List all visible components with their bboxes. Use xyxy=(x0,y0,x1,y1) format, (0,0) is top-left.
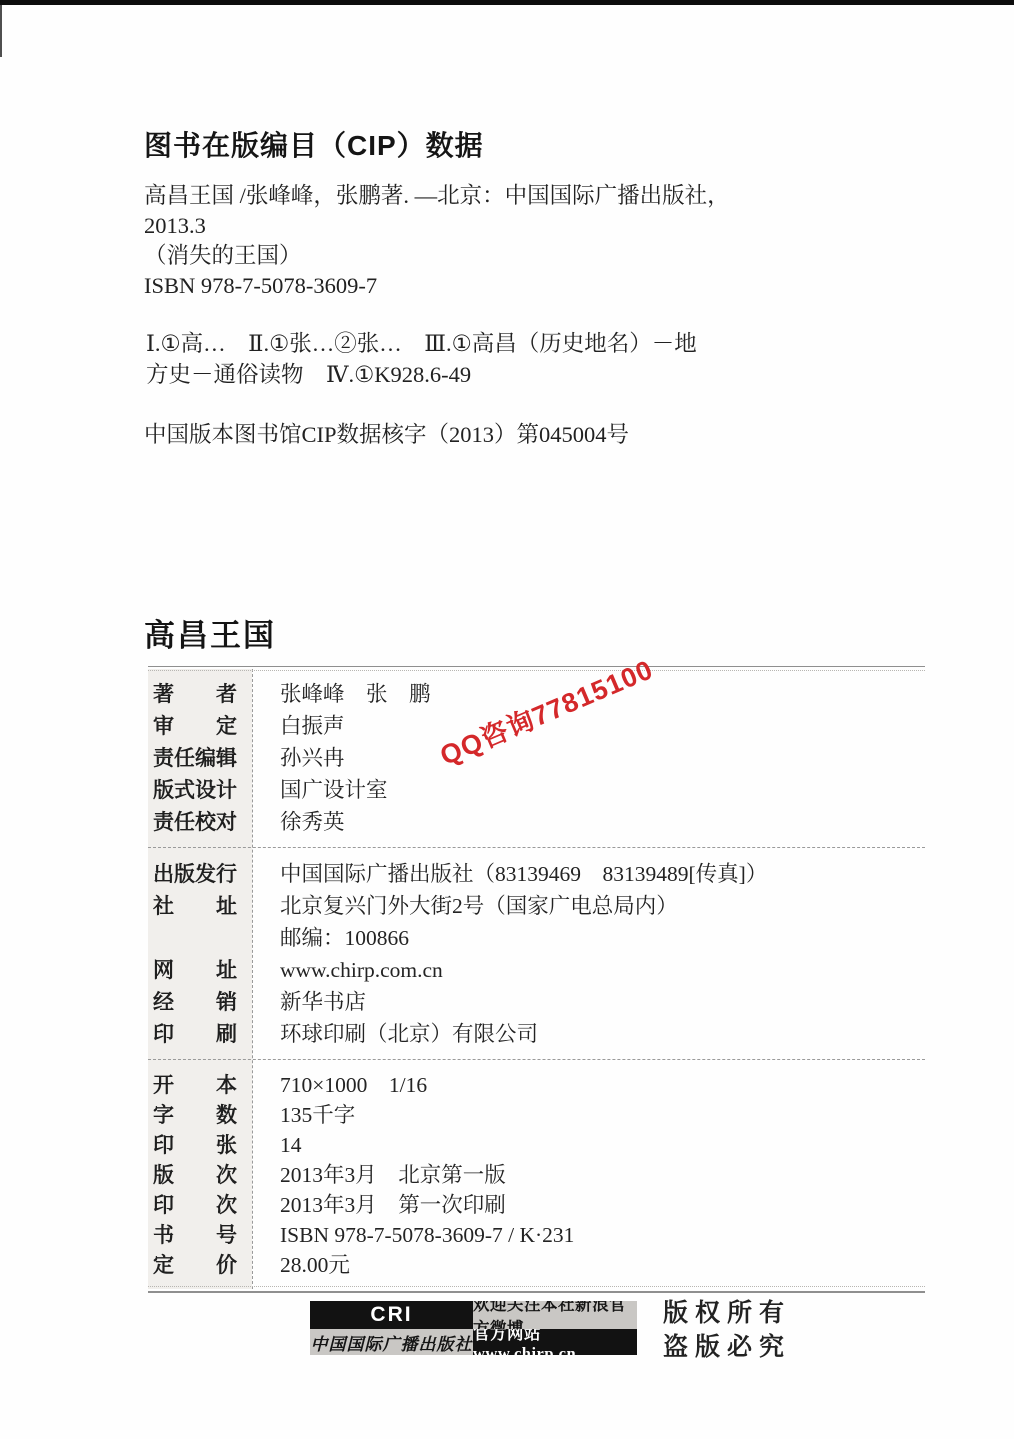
colophon-row-label: 定 价 xyxy=(153,1251,241,1281)
book-copyright-page: 图书在版编目（CIP）数据 高昌王国 /张峰峰，张鹏著. —北京：中国国际广播出… xyxy=(0,0,1014,1439)
publisher-logo-block: CRI 欢迎关注本社新浪官方微博 中国国际广播出版社 官方网站 www.chir… xyxy=(310,1301,637,1355)
colophon-row-value: 北京复兴门外大街2号（国家广电总局内） xyxy=(280,890,678,922)
colophon-row: 版 次 2013年3月 北京第一版 xyxy=(148,1160,925,1190)
colophon-row: 邮编：100866 xyxy=(148,922,925,954)
colophon-row-value: 环球印刷（北京）有限公司 xyxy=(280,1018,538,1050)
colophon-row-label: 社 址 xyxy=(153,891,241,923)
colophon-row-value: 2013年3月 北京第一版 xyxy=(280,1160,506,1190)
cip-classification: Ⅰ.①高… Ⅱ.①张…②张… Ⅲ.①高昌（历史地名）－地 方史－通俗读物 Ⅳ.①… xyxy=(146,328,866,390)
colophon-row: 责任编辑 孙兴冉 xyxy=(148,742,925,774)
colophon-row-label: 网 址 xyxy=(153,955,241,987)
colophon-row-value: 135千字 xyxy=(280,1100,355,1130)
colophon-row: 印 次 2013年3月 第一次印刷 xyxy=(148,1190,925,1220)
colophon-printing-group: 开 本 710×1000 1/16 字 数 135千字 印 张 14 版 次 2… xyxy=(148,1063,925,1286)
colophon-row-label: 印 刷 xyxy=(153,1019,241,1051)
colophon-row-label: 责任编辑 xyxy=(153,743,241,775)
copyright-line: 盗版必究 xyxy=(663,1330,791,1364)
colophon-row: 印 张 14 xyxy=(148,1130,925,1160)
colophon-row: 版式设计 国广设计室 xyxy=(148,774,925,806)
colophon-row: 经 销 新华书店 xyxy=(148,986,925,1018)
colophon-row-label: 字 数 xyxy=(153,1101,241,1131)
cip-classification-line: Ⅰ.①高… Ⅱ.①张…②张… Ⅲ.①高昌（历史地名）－地 xyxy=(146,328,866,359)
cip-record-line: 高昌王国 /张峰峰，张鹏著. —北京：中国国际广播出版社， xyxy=(144,181,864,211)
colophon-table: 著 者 张峰峰 张 鹏 审 定 白振声 责任编辑 孙兴冉 版式设计 国广设计室 … xyxy=(148,666,925,1293)
cip-classification-line: 方史－通俗读物 Ⅳ.①K928.6-49 xyxy=(146,359,866,390)
scan-edge-left xyxy=(0,5,2,57)
colophon-row-value: 张峰峰 张 鹏 xyxy=(280,678,431,710)
table-bottom-border xyxy=(148,1286,925,1293)
colophon-row-label: 印 张 xyxy=(153,1131,241,1161)
colophon-row-value: 中国国际广播出版社（83139469 83139489[传真]） xyxy=(280,858,767,890)
colophon-row-value: 14 xyxy=(280,1130,302,1160)
table-dashed-divider xyxy=(148,1059,925,1060)
weibo-note: 欢迎关注本社新浪官方微博 xyxy=(473,1301,637,1329)
colophon-row: 书 号 ISBN 978-7-5078-3609-7 / K·231 xyxy=(148,1220,925,1250)
colophon-row-label: 出版发行 xyxy=(153,859,241,891)
colophon-row-value: 孙兴冉 xyxy=(280,742,345,774)
cri-logo-text: CRI xyxy=(370,1303,412,1327)
colophon-row-value: ISBN 978-7-5078-3609-7 / K·231 xyxy=(280,1220,574,1250)
colophon-row-value: 徐秀英 xyxy=(280,806,345,838)
colophon-row-label: 书 号 xyxy=(153,1221,241,1251)
colophon-row-label: 经 销 xyxy=(153,987,241,1019)
cip-record-line: 2013.3 xyxy=(144,211,864,241)
colophon-row-label: 版式设计 xyxy=(153,775,241,807)
copyright-line: 版权所有 xyxy=(663,1296,791,1330)
colophon-row-label: 开 本 xyxy=(153,1071,241,1101)
colophon-row: 责任校对 徐秀英 xyxy=(148,806,925,838)
colophon-row-value: www.chirp.com.cn xyxy=(280,954,443,986)
colophon-row: 印 刷 环球印刷（北京）有限公司 xyxy=(148,1018,925,1050)
colophon-row-value: 国广设计室 xyxy=(280,774,388,806)
cip-heading: 图书在版编目（CIP）数据 xyxy=(144,124,484,164)
colophon-row-label: 印 次 xyxy=(153,1191,241,1221)
cip-record: 高昌王国 /张峰峰，张鹏著. —北京：中国国际广播出版社， 2013.3 （消失… xyxy=(144,181,864,301)
colophon-row-label: 审 定 xyxy=(153,711,241,743)
colophon-row-value: 2013年3月 第一次印刷 xyxy=(280,1190,506,1220)
colophon-publishing-group: 出版发行 中国国际广播出版社（83139469 83139489[传真]） 社 … xyxy=(148,851,925,1056)
colophon-row: 字 数 135千字 xyxy=(148,1100,925,1130)
colophon-row-value: 新华书店 xyxy=(280,986,366,1018)
cip-registration: 中国版本图书馆CIP数据核字（2013）第045004号 xyxy=(144,417,629,449)
colophon-row-value: 28.00元 xyxy=(280,1250,350,1280)
colophon-row-value: 邮编：100866 xyxy=(280,922,409,954)
publisher-script-name: 中国国际广播出版社 xyxy=(310,1329,473,1355)
cip-record-line: ISBN 978-7-5078-3609-7 xyxy=(144,271,864,301)
cri-logo: CRI xyxy=(310,1301,473,1329)
colophon-row: 开 本 710×1000 1/16 xyxy=(148,1070,925,1100)
colophon-row: 网 址 www.chirp.com.cn xyxy=(148,954,925,986)
website-note: 官方网站 www.chirp.cn xyxy=(473,1329,637,1355)
colophon-row-label: 著 者 xyxy=(153,679,241,711)
colophon-row-value: 710×1000 1/16 xyxy=(280,1070,427,1100)
colophon-row: 定 价 28.00元 xyxy=(148,1250,925,1280)
copyright-notice: 版权所有 盗版必究 xyxy=(663,1296,791,1364)
colophon-row-label: 责任校对 xyxy=(153,807,241,839)
scan-edge-top xyxy=(0,0,1014,5)
colophon-row: 社 址 北京复兴门外大街2号（国家广电总局内） xyxy=(148,890,925,922)
table-dashed-divider xyxy=(148,847,925,848)
cip-record-line: （消失的王国） xyxy=(144,241,864,271)
colophon-row-label: 版 次 xyxy=(153,1161,241,1191)
book-title: 高昌王国 xyxy=(144,610,276,655)
colophon-row: 出版发行 中国国际广播出版社（83139469 83139489[传真]） xyxy=(148,858,925,890)
colophon-row-value: 白振声 xyxy=(280,710,345,742)
